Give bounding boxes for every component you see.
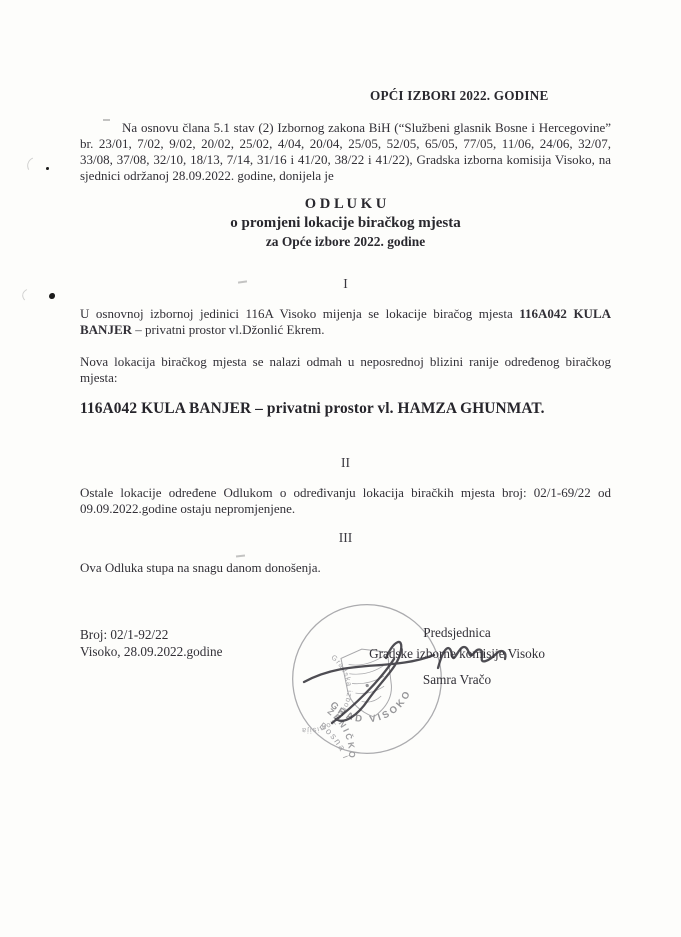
intro-paragraph: Na osnovu člana 5.1 stav (2) Izbornog za…: [80, 120, 611, 184]
section-1-paragraph-1: U osnovnoj izbornoj jedinici 116A Visoko…: [80, 306, 611, 338]
scan-artifact: [46, 167, 49, 170]
scan-artifact: [103, 119, 110, 121]
decision-heading-block: O D L U K U o promjeni lokacije biračkog…: [80, 195, 611, 251]
section-1-paragraph-2: Nova lokacija biračkog mjesta se nalazi …: [80, 354, 611, 386]
handwritten-signature: [298, 628, 513, 728]
decision-subtitle-1: o promjeni lokacije biračkog mjesta: [80, 214, 611, 233]
section-3-paragraph: Ova Odluka stupa na snagu danom donošenj…: [80, 560, 611, 576]
polling-station-new-location: 116A042 KULA BANJER – privatni prostor v…: [80, 400, 545, 418]
section-2-paragraph: Ostale lokacije određene Odlukom o određ…: [80, 485, 611, 517]
footer-reference-block: Broj: 02/1-92/22 Visoko, 28.09.2022.godi…: [80, 626, 222, 660]
decision-title: O D L U K U: [80, 195, 611, 214]
decision-subtitle-2: za Opće izbore 2022. godine: [80, 233, 611, 251]
scan-artifact: [236, 555, 245, 558]
section-1-numeral: I: [80, 276, 611, 292]
section-3-numeral: III: [80, 530, 611, 546]
reference-number: Broj: 02/1-92/22: [80, 626, 222, 643]
section-1-paragraph-1-lead: U osnovnoj izbornoj jedinici 116A Visoko…: [80, 306, 519, 321]
document-header-title: OPĆI IZBORI 2022. GODINE: [370, 88, 548, 104]
scan-artifact: [20, 285, 51, 308]
scanned-document-page: OPĆI IZBORI 2022. GODINE Na osnovu člana…: [0, 0, 681, 937]
place-and-date: Visoko, 28.09.2022.godine: [80, 643, 222, 660]
section-2-numeral: II: [80, 455, 611, 471]
scan-artifact: [49, 293, 55, 299]
section-1-paragraph-1-tail: – privatni prostor vl.Džonlić Ekrem.: [132, 322, 324, 337]
